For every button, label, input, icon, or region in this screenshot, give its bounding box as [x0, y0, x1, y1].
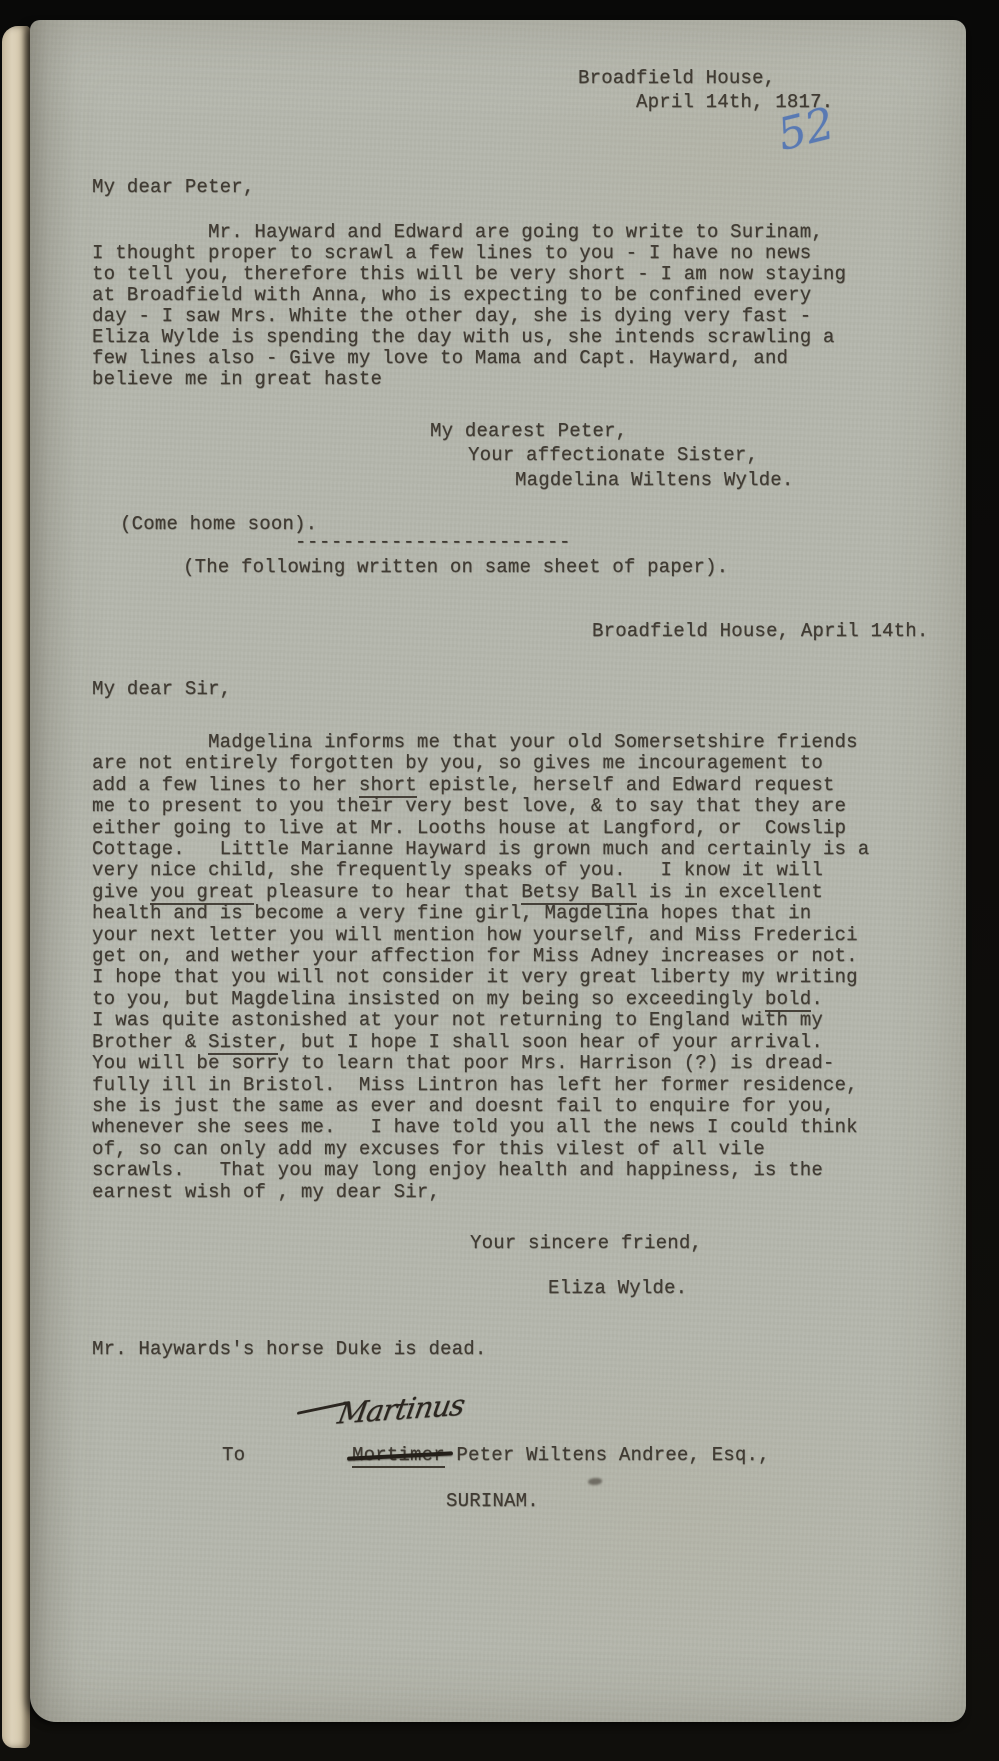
letter2-salutation: My dear Sir, [92, 678, 231, 700]
letter2-closing-line1: Your sincere friend, [470, 1232, 702, 1254]
scanned-letter-page: Broadfield House, April 14th, 1817. 52 M… [0, 0, 999, 1761]
transcriber-note: (The following written on same sheet of … [183, 556, 728, 578]
address-to-label: To [222, 1444, 245, 1466]
recipient-name-rest: Peter Wiltens Andree, Esq., [445, 1444, 770, 1466]
letter1-body: Mr. Hayward and Edward are going to writ… [92, 222, 846, 390]
letter1-postscript: (Come home soon). [120, 513, 317, 535]
struck-out-name: Mortimer [352, 1444, 445, 1468]
address-recipient: Mortimer Peter Wiltens Andree, Esq., [352, 1444, 770, 1466]
letter1-closing-line2: Your affectionate Sister, [468, 444, 758, 466]
book-binding-page-edge [2, 26, 30, 1748]
letter1-signature: Magdelina Wiltens Wylde. [515, 469, 793, 491]
letter2-signature: Eliza Wylde. [548, 1277, 687, 1299]
address-destination: SURINAM. [446, 1490, 539, 1512]
letter1-salutation: My dear Peter, [92, 176, 254, 198]
letter2-body: Madgelina informs me that your old Somer… [92, 732, 869, 1203]
letter1-closing-line1: My dearest Peter, [430, 420, 627, 442]
typed-divider: ----------------------- [295, 531, 571, 553]
letter2-heading: Broadfield House, April 14th. [592, 620, 928, 642]
letter2-postscript: Mr. Haywards's horse Duke is dead. [92, 1338, 486, 1360]
